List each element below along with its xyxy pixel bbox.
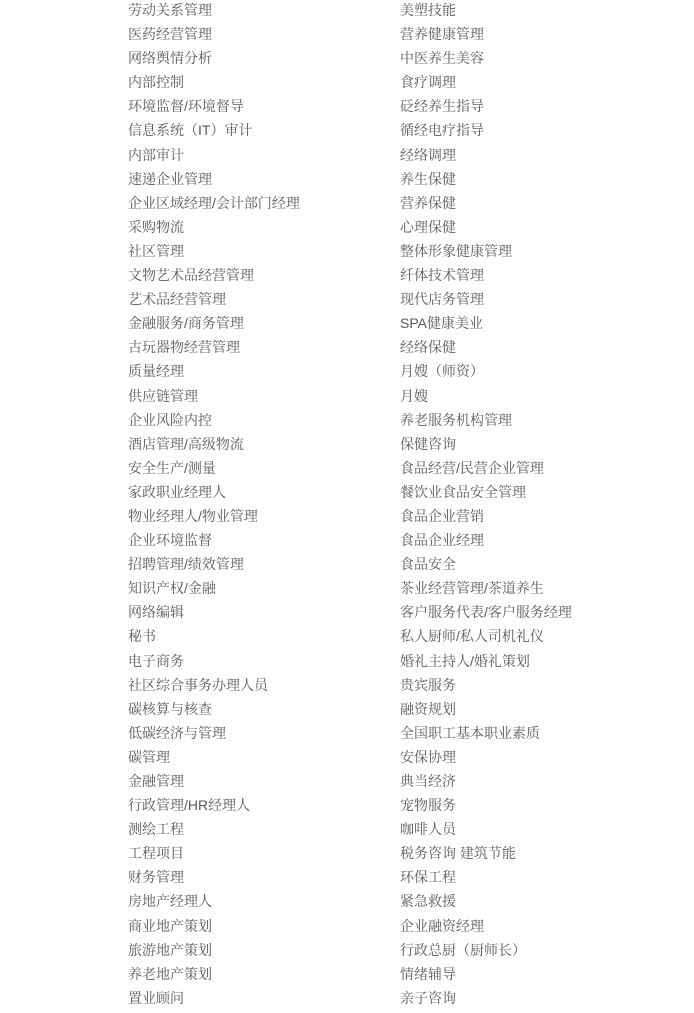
category-link[interactable]: 月嫂 [400, 384, 680, 408]
category-link[interactable]: 食品企业经理 [400, 528, 680, 552]
category-link[interactable]: 供应链管理 [128, 384, 388, 408]
category-link[interactable]: 紧急救援 [400, 889, 680, 913]
category-link[interactable]: 测绘工程 [128, 817, 388, 841]
category-link[interactable]: 速递企业管理 [128, 167, 388, 191]
category-link[interactable]: 企业融资经理 [400, 914, 680, 938]
category-link[interactable]: 整体形象健康管理 [400, 239, 680, 263]
category-column-left: 劳动关系管理医药经营管理网络舆情分析内部控制环境监督/环境督导信息系统（IT）审… [128, 0, 388, 1010]
category-link[interactable]: 营养健康管理 [400, 22, 680, 46]
category-link[interactable]: 安全生产/测量 [128, 456, 388, 480]
category-link[interactable]: 养生保健 [400, 167, 680, 191]
category-link[interactable]: 商业地产策划 [128, 914, 388, 938]
category-link[interactable]: 食疗调理 [400, 70, 680, 94]
category-link[interactable]: 物业经理人/物业管理 [128, 504, 388, 528]
category-link[interactable]: 婚礼主持人/婚礼策划 [400, 649, 680, 673]
category-link[interactable]: 艺术品经营管理 [128, 287, 388, 311]
category-link[interactable]: 税务咨询 建筑节能 [400, 841, 680, 865]
category-column-right: 美塑技能营养健康管理中医养生美容食疗调理砭经养生指导循经电疗指导经络调理养生保健… [400, 0, 680, 1010]
category-link[interactable]: 碳管理 [128, 745, 388, 769]
category-link[interactable]: 置业顾问 [128, 986, 388, 1010]
category-link[interactable]: 行政管理/HR经理人 [128, 793, 388, 817]
category-link[interactable]: 网络舆情分析 [128, 46, 388, 70]
category-link[interactable]: 咖啡人员 [400, 817, 680, 841]
category-link[interactable]: 碳核算与核查 [128, 697, 388, 721]
category-link[interactable]: 文物艺术品经营管理 [128, 263, 388, 287]
category-link[interactable]: 食品经营/民营企业管理 [400, 456, 680, 480]
category-link[interactable]: 月嫂（师资） [400, 359, 680, 383]
category-link[interactable]: 招聘管理/绩效管理 [128, 552, 388, 576]
category-link[interactable]: 现代店务管理 [400, 287, 680, 311]
category-link-page: 劳动关系管理医药经营管理网络舆情分析内部控制环境监督/环境督导信息系统（IT）审… [0, 0, 694, 1013]
category-link[interactable]: 情绪辅导 [400, 962, 680, 986]
category-link[interactable]: 社区综合事务办理人员 [128, 673, 388, 697]
category-link[interactable]: 食品安全 [400, 552, 680, 576]
category-link[interactable]: 网络编辑 [128, 600, 388, 624]
category-link[interactable]: 酒店管理/高级物流 [128, 432, 388, 456]
category-link[interactable]: 食品企业营销 [400, 504, 680, 528]
category-link[interactable]: SPA健康美业 [400, 311, 680, 335]
category-link[interactable]: 社区管理 [128, 239, 388, 263]
category-link[interactable]: 砭经养生指导 [400, 94, 680, 118]
category-link[interactable]: 中医养生美容 [400, 46, 680, 70]
category-link[interactable]: 保健咨询 [400, 432, 680, 456]
category-link[interactable]: 旅游地产策划 [128, 938, 388, 962]
category-link[interactable]: 心理保健 [400, 215, 680, 239]
category-link[interactable]: 企业区域经理/会计部门经理 [128, 191, 388, 215]
category-link[interactable]: 企业环境监督 [128, 528, 388, 552]
category-link[interactable]: 循经电疗指导 [400, 118, 680, 142]
category-link[interactable]: 工程项目 [128, 841, 388, 865]
category-link[interactable]: 贵宾服务 [400, 673, 680, 697]
category-link[interactable]: 私人厨师/私人司机礼仪 [400, 624, 680, 648]
category-link[interactable]: 知识产权/金融 [128, 576, 388, 600]
category-link[interactable]: 家政职业经理人 [128, 480, 388, 504]
category-link[interactable]: 纤体技术管理 [400, 263, 680, 287]
category-link[interactable]: 餐饮业食品安全管理 [400, 480, 680, 504]
category-link[interactable]: 经络调理 [400, 143, 680, 167]
category-link[interactable]: 信息系统（IT）审计 [128, 118, 388, 142]
category-link[interactable]: 茶业经营管理/茶道养生 [400, 576, 680, 600]
category-link[interactable]: 客户服务代表/客户服务经理 [400, 600, 680, 624]
category-link[interactable]: 金融管理 [128, 769, 388, 793]
category-link[interactable]: 亲子咨询 [400, 986, 680, 1010]
category-link[interactable]: 电子商务 [128, 649, 388, 673]
category-link[interactable]: 秘书 [128, 624, 388, 648]
category-link[interactable]: 采购物流 [128, 215, 388, 239]
category-link[interactable]: 环境监督/环境督导 [128, 94, 388, 118]
category-link[interactable]: 古玩器物经营管理 [128, 335, 388, 359]
category-link[interactable]: 营养保健 [400, 191, 680, 215]
category-link[interactable]: 典当经济 [400, 769, 680, 793]
category-link[interactable]: 美塑技能 [400, 0, 680, 22]
category-link[interactable]: 财务管理 [128, 865, 388, 889]
category-link[interactable]: 融资规划 [400, 697, 680, 721]
category-link[interactable]: 质量经理 [128, 359, 388, 383]
category-link[interactable]: 内部审计 [128, 143, 388, 167]
category-link[interactable]: 医药经营管理 [128, 22, 388, 46]
category-link[interactable]: 房地产经理人 [128, 889, 388, 913]
category-link[interactable]: 金融服务/商务管理 [128, 311, 388, 335]
category-link[interactable]: 低碳经济与管理 [128, 721, 388, 745]
category-link[interactable]: 宠物服务 [400, 793, 680, 817]
category-link[interactable]: 经络保健 [400, 335, 680, 359]
category-link[interactable]: 安保协理 [400, 745, 680, 769]
category-link[interactable]: 内部控制 [128, 70, 388, 94]
category-link[interactable]: 行政总厨（厨师长） [400, 938, 680, 962]
category-link[interactable]: 环保工程 [400, 865, 680, 889]
category-link[interactable]: 全国职工基本职业素质 [400, 721, 680, 745]
category-link[interactable]: 企业风险内控 [128, 408, 388, 432]
category-link[interactable]: 养老服务机构管理 [400, 408, 680, 432]
category-link[interactable]: 劳动关系管理 [128, 0, 388, 22]
category-link[interactable]: 养老地产策划 [128, 962, 388, 986]
